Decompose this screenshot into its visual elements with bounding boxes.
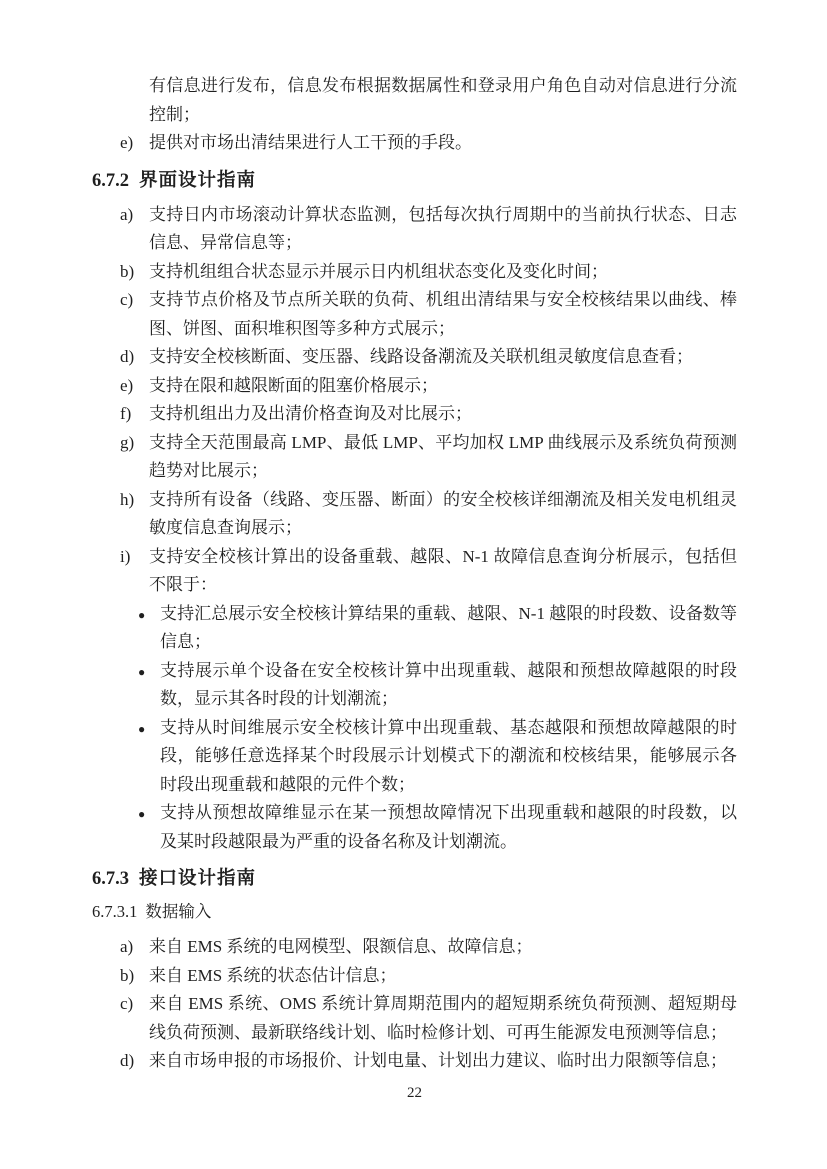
list-marker: i) — [120, 543, 130, 572]
list-item-b: b) 来自 EMS 系统的状态估计信息； — [92, 962, 737, 991]
list-item-i: i) 支持安全校核计算出的设备重载、越限、N-1 故障信息查询分析展示，包括但不… — [92, 543, 737, 600]
list-marker: e) — [120, 372, 133, 401]
subsection-title: 数据输入 — [145, 902, 211, 921]
list-item-text: 支持安全校核断面、变压器、线路设备潮流及关联机组灵敏度信息查看； — [149, 347, 693, 366]
list-item-text: 来自 EMS 系统、OMS 系统计算周期范围内的超短期系统负荷预测、超短期母线负… — [149, 994, 737, 1042]
list-item-a: a) 支持日内市场滚动计算状态监测，包括每次执行周期中的当前执行状态、日志信息、… — [92, 201, 737, 258]
list-marker: d) — [120, 1047, 134, 1076]
list-item-text: 提供对市场出清结果进行人工干预的手段。 — [149, 133, 472, 152]
subsection-number: 6.7.3.1 — [92, 902, 137, 921]
list-item-b: b) 支持机组组合状态显示并展示日内机组状态变化及变化时间； — [92, 258, 737, 287]
list-marker: g) — [120, 429, 134, 458]
list-item-text: 支持安全校核计算出的设备重载、越限、N-1 故障信息查询分析展示，包括但不限于： — [149, 547, 737, 595]
bullet-icon: ● — [138, 658, 145, 687]
bullet-icon: ● — [138, 601, 145, 630]
bullet-icon: ● — [138, 800, 145, 829]
section-title: 界面设计指南 — [139, 169, 256, 190]
list-item-d: d) 支持安全校核断面、变压器、线路设备潮流及关联机组灵敏度信息查看； — [92, 343, 737, 372]
bullet-item: ● 支持展示单个设备在安全校核计算中出现重载、越限和预想故障越限的时段数，显示其… — [92, 657, 737, 714]
list-item-text: 支持机组出力及出清价格查询及对比展示； — [149, 404, 472, 423]
continuation-paragraph: 有信息进行发布，信息发布根据数据属性和登录用户角色自动对信息进行分流控制； — [149, 72, 737, 129]
list-item-text: 来自 EMS 系统的电网模型、限额信息、故障信息； — [149, 937, 532, 956]
list-item-c: c) 支持节点价格及节点所关联的负荷、机组出清结果与安全校核结果以曲线、棒图、饼… — [92, 286, 737, 343]
list-item-g: g) 支持全天范围最高 LMP、最低 LMP、平均加权 LMP 曲线展示及系统负… — [92, 429, 737, 486]
bullet-item: ● 支持从时间维展示安全校核计算中出现重载、基态越限和预想故障越限的时段，能够任… — [92, 714, 737, 800]
list-item-text: 支持全天范围最高 LMP、最低 LMP、平均加权 LMP 曲线展示及系统负荷预测… — [149, 433, 737, 481]
bullet-icon: ● — [138, 715, 145, 744]
bullet-text: 支持从时间维展示安全校核计算中出现重载、基态越限和预想故障越限的时段，能够任意选… — [160, 718, 737, 794]
list-marker: c) — [120, 990, 133, 1019]
page-content: 有信息进行发布，信息发布根据数据属性和登录用户角色自动对信息进行分流控制； e)… — [92, 72, 737, 1104]
bullet-text: 支持从预想故障维显示在某一预想故障情况下出现重载和越限的时段数，以及某时段越限最… — [160, 803, 737, 851]
list-marker: c) — [120, 286, 133, 315]
list-marker: e) — [120, 129, 133, 158]
list-marker: f) — [120, 400, 131, 429]
list-item-intro-e: e) 提供对市场出清结果进行人工干预的手段。 — [92, 129, 737, 158]
bullet-item: ● 支持汇总展示安全校核计算结果的重载、越限、N-1 越限的时段数、设备数等信息… — [92, 600, 737, 657]
list-item-h: h) 支持所有设备（线路、变压器、断面）的安全校核详细潮流及相关发电机组灵敏度信… — [92, 486, 737, 543]
section-number: 6.7.3 — [92, 869, 129, 889]
bullet-text: 支持汇总展示安全校核计算结果的重载、越限、N-1 越限的时段数、设备数等信息； — [160, 604, 737, 652]
section-number: 6.7.2 — [92, 171, 129, 191]
list-marker: h) — [120, 486, 134, 515]
list-item-e: e) 支持在限和越限断面的阻塞价格展示； — [92, 372, 737, 401]
list-item-text: 来自 EMS 系统的状态估计信息； — [149, 966, 396, 985]
list-item-d: d) 来自市场申报的市场报价、计划电量、计划出力建议、临时出力限额等信息； — [92, 1047, 737, 1076]
subsection-heading-6731: 6.7.3.1数据输入 — [92, 899, 737, 925]
list-item-c: c) 来自 EMS 系统、OMS 系统计算周期范围内的超短期系统负荷预测、超短期… — [92, 990, 737, 1047]
list-item-text: 支持机组组合状态显示并展示日内机组状态变化及变化时间； — [149, 262, 608, 281]
list-marker: a) — [120, 933, 133, 962]
list-marker: d) — [120, 343, 134, 372]
list-marker: a) — [120, 201, 133, 230]
section-heading-673: 6.7.3接口设计指南 — [92, 864, 737, 893]
list-marker: b) — [120, 258, 134, 287]
list-item-f: f) 支持机组出力及出清价格查询及对比展示； — [92, 400, 737, 429]
bullet-item: ● 支持从预想故障维显示在某一预想故障情况下出现重载和越限的时段数，以及某时段越… — [92, 799, 737, 856]
section-heading-672: 6.7.2界面设计指南 — [92, 166, 737, 195]
list-item-text: 支持所有设备（线路、变压器、断面）的安全校核详细潮流及相关发电机组灵敏度信息查询… — [149, 490, 737, 538]
bullet-text: 支持展示单个设备在安全校核计算中出现重载、越限和预想故障越限的时段数，显示其各时… — [160, 661, 737, 709]
list-item-text: 支持节点价格及节点所关联的负荷、机组出清结果与安全校核结果以曲线、棒图、饼图、面… — [149, 290, 737, 338]
list-item-text: 来自市场申报的市场报价、计划电量、计划出力建议、临时出力限额等信息； — [149, 1051, 727, 1070]
list-marker: b) — [120, 962, 134, 991]
page-number: 22 — [92, 1082, 737, 1104]
section-title: 接口设计指南 — [139, 867, 256, 888]
document-page: 有信息进行发布，信息发布根据数据属性和登录用户角色自动对信息进行分流控制； e)… — [0, 0, 827, 1169]
list-item-a: a) 来自 EMS 系统的电网模型、限额信息、故障信息； — [92, 933, 737, 962]
list-item-text: 支持日内市场滚动计算状态监测，包括每次执行周期中的当前执行状态、日志信息、异常信… — [149, 205, 737, 253]
list-item-text: 支持在限和越限断面的阻塞价格展示； — [149, 376, 438, 395]
